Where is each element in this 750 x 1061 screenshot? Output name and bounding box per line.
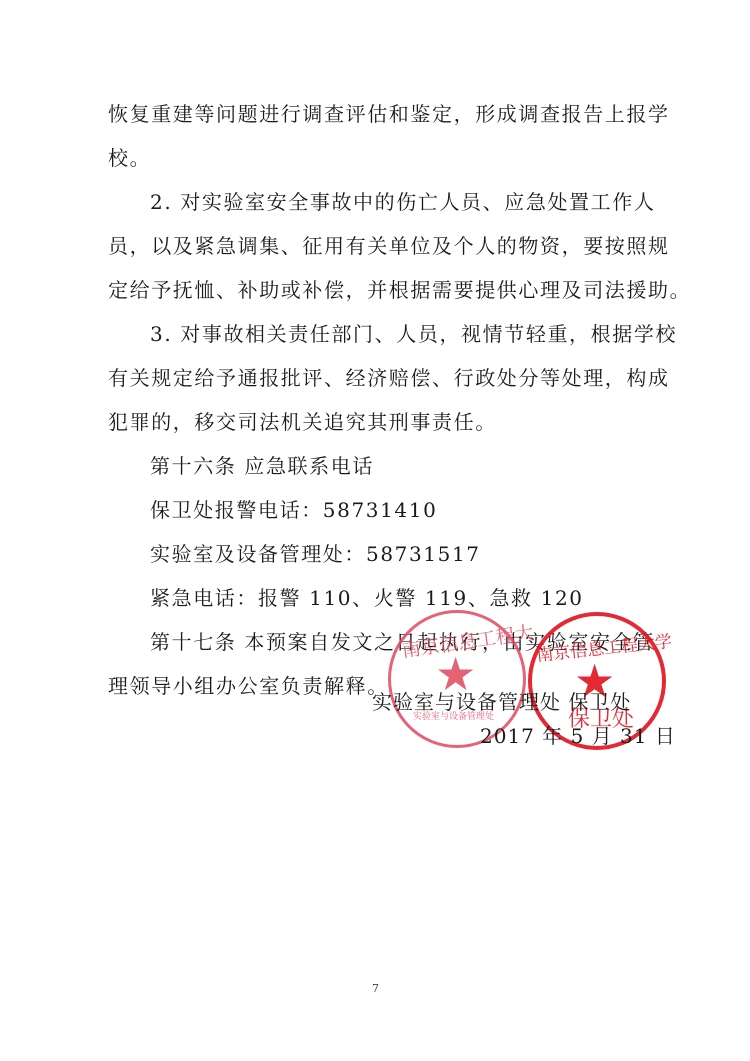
body-line: 理领导小组办公室负责解释。	[108, 670, 389, 699]
section-heading: 第十六条 应急联系电话	[150, 450, 374, 479]
phone-security: 保卫处报警电话：58731410	[150, 494, 437, 523]
body-line: 员，以及紧急调集、征用有关单位及个人的物资，要按照规	[108, 230, 670, 259]
body-line: 3. 对事故相关责任部门、人员，视情节轻重，根据学校	[150, 318, 677, 347]
phone-emergency: 紧急电话：报警 110、火警 119、急救 120	[150, 582, 584, 611]
page-number: 7	[372, 982, 379, 995]
body-line: 校。	[108, 142, 151, 171]
body-line: 定给予抚恤、补助或补偿，并根据需要提供心理及司法援助。	[108, 274, 691, 303]
body-line: 有关规定给予通报批评、经济赔偿、行政处分等处理，构成	[108, 362, 670, 391]
body-line: 2. 对实验室安全事故中的伤亡人员、应急处置工作人	[150, 186, 655, 215]
signature-date: 2017 年 5 月 31 日	[480, 720, 676, 749]
body-line: 犯罪的，移交司法机关追究其刑事责任。	[108, 406, 497, 435]
phone-lab: 实验室及设备管理处：58731517	[150, 538, 481, 567]
body-line: 恢复重建等问题进行调查评估和鉴定，形成调查报告上报学	[108, 98, 670, 127]
signature-departments: 实验室与设备管理处 保卫处	[372, 686, 631, 715]
